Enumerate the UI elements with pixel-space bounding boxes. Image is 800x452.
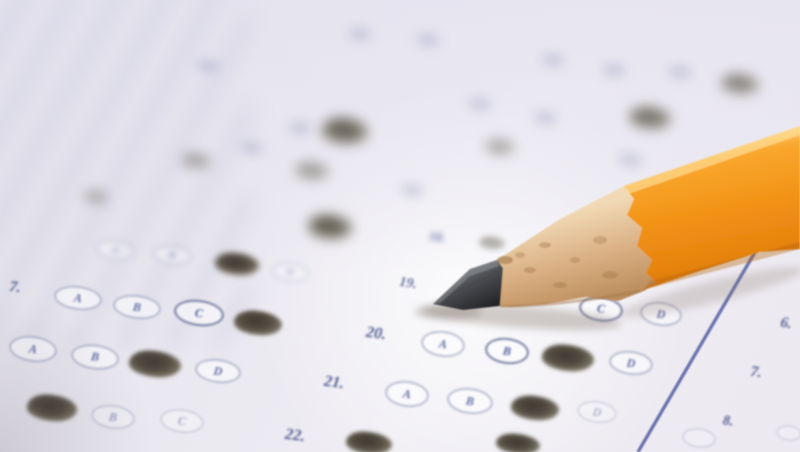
blurred-print-mark (290, 123, 311, 133)
blurred-filled-bubble (294, 160, 330, 182)
answer-bubble-a: A (384, 378, 431, 409)
blurred-print-mark (670, 67, 691, 77)
answer-bubble-d: D (194, 356, 243, 385)
blurred-print-mark (350, 29, 371, 39)
answer-bubble-d: D (270, 260, 310, 284)
blurred-filled-bubble (180, 151, 212, 171)
question-number: 18. (428, 228, 446, 246)
out-of-focus-haze (0, 0, 800, 452)
filled-bubble-d (233, 308, 284, 338)
blurred-filled-bubble (321, 115, 370, 146)
question-number: 7. (749, 364, 763, 382)
blurred-filled-bubble (478, 235, 505, 251)
question-number: 20. (365, 324, 387, 345)
question-number: 22. (284, 426, 306, 447)
pencil-and-divider-overlay (0, 0, 800, 452)
filled-bubble-c (510, 393, 561, 423)
blurred-print-mark (604, 65, 625, 75)
answer-bubble (681, 426, 717, 450)
pencil-shadow (414, 258, 800, 335)
blurred-print-mark (535, 113, 556, 123)
answer-bubble-c: C (159, 406, 206, 435)
blurred-filled-bubble (484, 137, 516, 157)
blurred-background-marks (0, 0, 800, 452)
answer-bubble-a: A (420, 328, 467, 359)
blurred-print-mark (543, 55, 564, 65)
column-divider-line (638, 247, 758, 452)
photo-bubble-sheet-with-pencil: 18. A B D 7. A B C A B D B C 19. C D 20.… (0, 0, 800, 452)
answer-sheet-focus-area: 7. A B C A B D B C 19. C D 20. A B D 21.… (0, 0, 800, 452)
pencil-body-top-highlight (624, 126, 800, 194)
question-number: 7. (8, 279, 22, 297)
question-number: 8. (722, 413, 735, 430)
filled-bubble (495, 431, 541, 452)
answer-bubble (775, 423, 800, 442)
blurred-ruled-paper-edge (0, 0, 250, 350)
blurred-print-mark (418, 35, 439, 45)
pencil-graphite-tip (433, 260, 503, 310)
question-number: 21. (323, 373, 345, 394)
filled-bubble-c (214, 250, 260, 277)
answer-bubble-b: B (90, 402, 137, 431)
blurred-filled-bubble (82, 188, 110, 205)
filled-bubble-a (345, 429, 393, 452)
answer-bubble-b: B (70, 342, 121, 373)
filled-bubble-c (541, 342, 596, 374)
answer-bubble-c: C (578, 294, 625, 324)
answer-bubble-b: B (112, 292, 163, 322)
semi-blurred-sheet-content: 18. A B D (0, 0, 800, 452)
question-number: 19. (398, 275, 418, 293)
blurred-print-mark (470, 99, 491, 109)
answer-bubble-b: B (151, 243, 193, 268)
pencil-body (624, 126, 800, 290)
pencil-wood-grain (497, 236, 618, 288)
filled-bubble-a (26, 392, 79, 424)
answer-bubble-d: D (608, 348, 655, 377)
vignette-corner-shade (0, 0, 800, 452)
filled-bubble-c (128, 348, 183, 380)
blurred-print-mark (402, 185, 423, 195)
blurred-filled-bubble (628, 105, 672, 132)
pencil-wood-bottom-shade (500, 291, 640, 306)
answer-bubble-a: A (94, 238, 136, 263)
answer-bubble-d: D (576, 399, 618, 426)
pencil-graphite-highlight (433, 260, 499, 304)
answer-bubble-c: C (173, 297, 226, 329)
answer-bubble-b: B (484, 335, 531, 366)
blurred-filled-bubble (720, 72, 760, 96)
pencil (433, 126, 800, 310)
answer-bubble-a: A (8, 333, 59, 365)
blurred-print-mark (198, 61, 219, 71)
answer-bubble-a: A (53, 283, 104, 313)
blurred-print-mark (242, 143, 263, 153)
answer-bubble-b: B (446, 385, 495, 416)
answer-bubble-d: D (639, 300, 684, 329)
blurred-print-mark (620, 155, 641, 165)
pencil-body-bottom-shade (643, 242, 800, 290)
question-number: 6. (779, 315, 793, 333)
blurred-filled-bubble (307, 212, 354, 241)
pencil-wood-cone (497, 186, 656, 307)
